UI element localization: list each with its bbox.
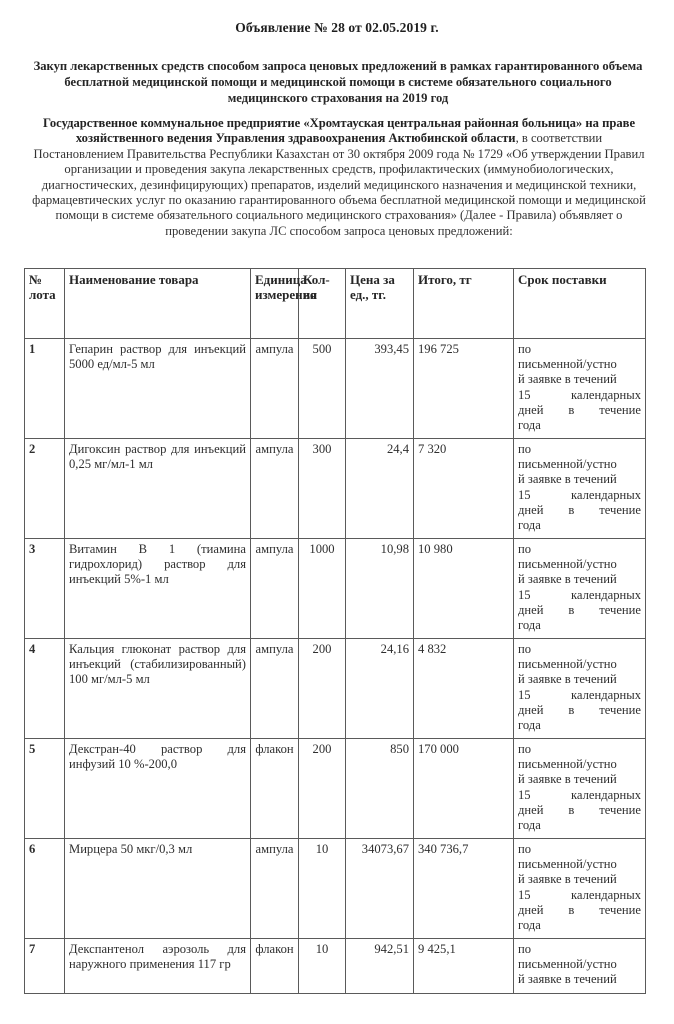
unit-cell: флакон (251, 739, 299, 839)
lot-number-cell: 1 (25, 339, 65, 439)
unit-cell: флакон (251, 939, 299, 994)
quantity-cell: 10 (299, 939, 346, 994)
product-name-cell: Гепарин раствор для инъекций 5000 ед/мл-… (65, 339, 251, 439)
delivery-term-cell: пописьменной/устной заявке в течений15ка… (514, 639, 646, 739)
header-total: Итого, тг (414, 269, 514, 339)
lot-number-cell: 2 (25, 439, 65, 539)
table-row: 2Дигоксин раствор для инъекций 0,25 мг/м… (25, 439, 646, 539)
table-row: 6Мирцера 50 мкг/0,3 млампула1034073,6734… (25, 839, 646, 939)
delivery-term-cell: пописьменной/устной заявке в течений15ка… (514, 339, 646, 439)
delivery-term-line: 15календарных (518, 588, 641, 603)
delivery-term-line: по (518, 442, 641, 457)
unit-cell: ампула (251, 639, 299, 739)
delivery-term-line: днейвтечение (518, 703, 641, 718)
delivery-term-line: й заявке в течений (518, 872, 641, 887)
table-row: 3Витамин В 1 (тиамина гидрохлорид) раств… (25, 539, 646, 639)
unit-price-cell: 24,4 (346, 439, 414, 539)
quantity-cell: 200 (299, 739, 346, 839)
total-cell: 170 000 (414, 739, 514, 839)
delivery-term-line: й заявке в течений (518, 572, 641, 587)
header-name: Наименование товара (65, 269, 251, 339)
delivery-term-line: года (518, 518, 641, 533)
delivery-term-line: й заявке в течений (518, 472, 641, 487)
delivery-term-line: по (518, 542, 641, 557)
unit-price-cell: 850 (346, 739, 414, 839)
delivery-term-line: днейвтечение (518, 803, 641, 818)
delivery-term-line: днейвтечение (518, 503, 641, 518)
unit-price-cell: 34073,67 (346, 839, 414, 939)
delivery-term-line: письменной/устно (518, 357, 641, 372)
delivery-term-line: года (518, 918, 641, 933)
header-price: Цена за ед., тг. (346, 269, 414, 339)
total-cell: 196 725 (414, 339, 514, 439)
header-lot: № лота (25, 269, 65, 339)
delivery-term-line: письменной/устно (518, 657, 641, 672)
table-row: 1Гепарин раствор для инъекций 5000 ед/мл… (25, 339, 646, 439)
lot-number-cell: 3 (25, 539, 65, 639)
delivery-term-line: по (518, 742, 641, 757)
announcement-intro: Государственное коммунальное предприятие… (30, 116, 648, 239)
delivery-term-cell: пописьменной/устной заявке в течений (514, 939, 646, 994)
unit-cell: ампула (251, 439, 299, 539)
total-cell: 10 980 (414, 539, 514, 639)
total-cell: 4 832 (414, 639, 514, 739)
delivery-term-cell: пописьменной/устной заявке в течений15ка… (514, 539, 646, 639)
delivery-term-line: года (518, 418, 641, 433)
header-qty: Кол-во (299, 269, 346, 339)
delivery-term-line: письменной/устно (518, 457, 641, 472)
delivery-term-line: по (518, 942, 641, 957)
delivery-term-line: й заявке в течений (518, 372, 641, 387)
table-body: 1Гепарин раствор для инъекций 5000 ед/мл… (25, 339, 646, 994)
delivery-term-line: 15календарных (518, 788, 641, 803)
delivery-term-line: 15календарных (518, 488, 641, 503)
quantity-cell: 300 (299, 439, 346, 539)
document-page: Объявление № 28 от 02.05.2019 г. Закуп л… (0, 0, 674, 1024)
unit-price-cell: 10,98 (346, 539, 414, 639)
total-cell: 9 425,1 (414, 939, 514, 994)
lot-number-cell: 4 (25, 639, 65, 739)
delivery-term-line: днейвтечение (518, 603, 641, 618)
delivery-term-line: года (518, 818, 641, 833)
delivery-term-line: й заявке в течений (518, 972, 641, 987)
product-name-cell: Дигоксин раствор для инъекций 0,25 мг/мл… (65, 439, 251, 539)
intro-text: , в соответствии Постановлением Правител… (32, 131, 646, 237)
total-cell: 340 736,7 (414, 839, 514, 939)
delivery-term-cell: пописьменной/устной заявке в течений15ка… (514, 439, 646, 539)
delivery-term-cell: пописьменной/устной заявке в течений15ка… (514, 839, 646, 939)
total-cell: 7 320 (414, 439, 514, 539)
unit-cell: ампула (251, 839, 299, 939)
lot-number-cell: 6 (25, 839, 65, 939)
delivery-term-line: письменной/устно (518, 757, 641, 772)
delivery-term-line: 15календарных (518, 688, 641, 703)
product-name-cell: Мирцера 50 мкг/0,3 мл (65, 839, 251, 939)
delivery-term-line: днейвтечение (518, 403, 641, 418)
delivery-term-line: года (518, 718, 641, 733)
table-row: 7Декспантенол аэрозоль для наружного при… (25, 939, 646, 994)
delivery-term-line: й заявке в течений (518, 772, 641, 787)
unit-cell: ампула (251, 339, 299, 439)
delivery-term-line: днейвтечение (518, 903, 641, 918)
delivery-term-line: по (518, 642, 641, 657)
quantity-cell: 1000 (299, 539, 346, 639)
delivery-term-line: письменной/устно (518, 857, 641, 872)
lots-table: № лота Наименование товара Единица измер… (24, 268, 646, 994)
announcement-title: Объявление № 28 от 02.05.2019 г. (0, 20, 674, 36)
delivery-term-line: 15календарных (518, 888, 641, 903)
product-name-cell: Декспантенол аэрозоль для наружного прим… (65, 939, 251, 994)
lot-number-cell: 5 (25, 739, 65, 839)
delivery-term-line: года (518, 618, 641, 633)
unit-price-cell: 942,51 (346, 939, 414, 994)
lot-number-cell: 7 (25, 939, 65, 994)
product-name-cell: Декстран-40 раствор для инфузий 10 %-200… (65, 739, 251, 839)
delivery-term-cell: пописьменной/устной заявке в течений15ка… (514, 739, 646, 839)
unit-price-cell: 24,16 (346, 639, 414, 739)
product-name-cell: Витамин В 1 (тиамина гидрохлорид) раство… (65, 539, 251, 639)
delivery-term-line: по (518, 842, 641, 857)
unit-price-cell: 393,45 (346, 339, 414, 439)
delivery-term-line: по (518, 342, 641, 357)
table-row: 5Декстран-40 раствор для инфузий 10 %-20… (25, 739, 646, 839)
table-row: 4Кальция глюконат раствор для инъекций (… (25, 639, 646, 739)
product-name-cell: Кальция глюконат раствор для инъекций (с… (65, 639, 251, 739)
unit-cell: ампула (251, 539, 299, 639)
announcement-subtitle: Закуп лекарственных средств способом зап… (28, 58, 648, 106)
quantity-cell: 200 (299, 639, 346, 739)
delivery-term-line: письменной/устно (518, 557, 641, 572)
quantity-cell: 10 (299, 839, 346, 939)
delivery-term-line: письменной/устно (518, 957, 641, 972)
table-header-row: № лота Наименование товара Единица измер… (25, 269, 646, 339)
header-unit: Единица измерения (251, 269, 299, 339)
quantity-cell: 500 (299, 339, 346, 439)
header-term: Срок поставки (514, 269, 646, 339)
delivery-term-line: й заявке в течений (518, 672, 641, 687)
delivery-term-line: 15календарных (518, 388, 641, 403)
